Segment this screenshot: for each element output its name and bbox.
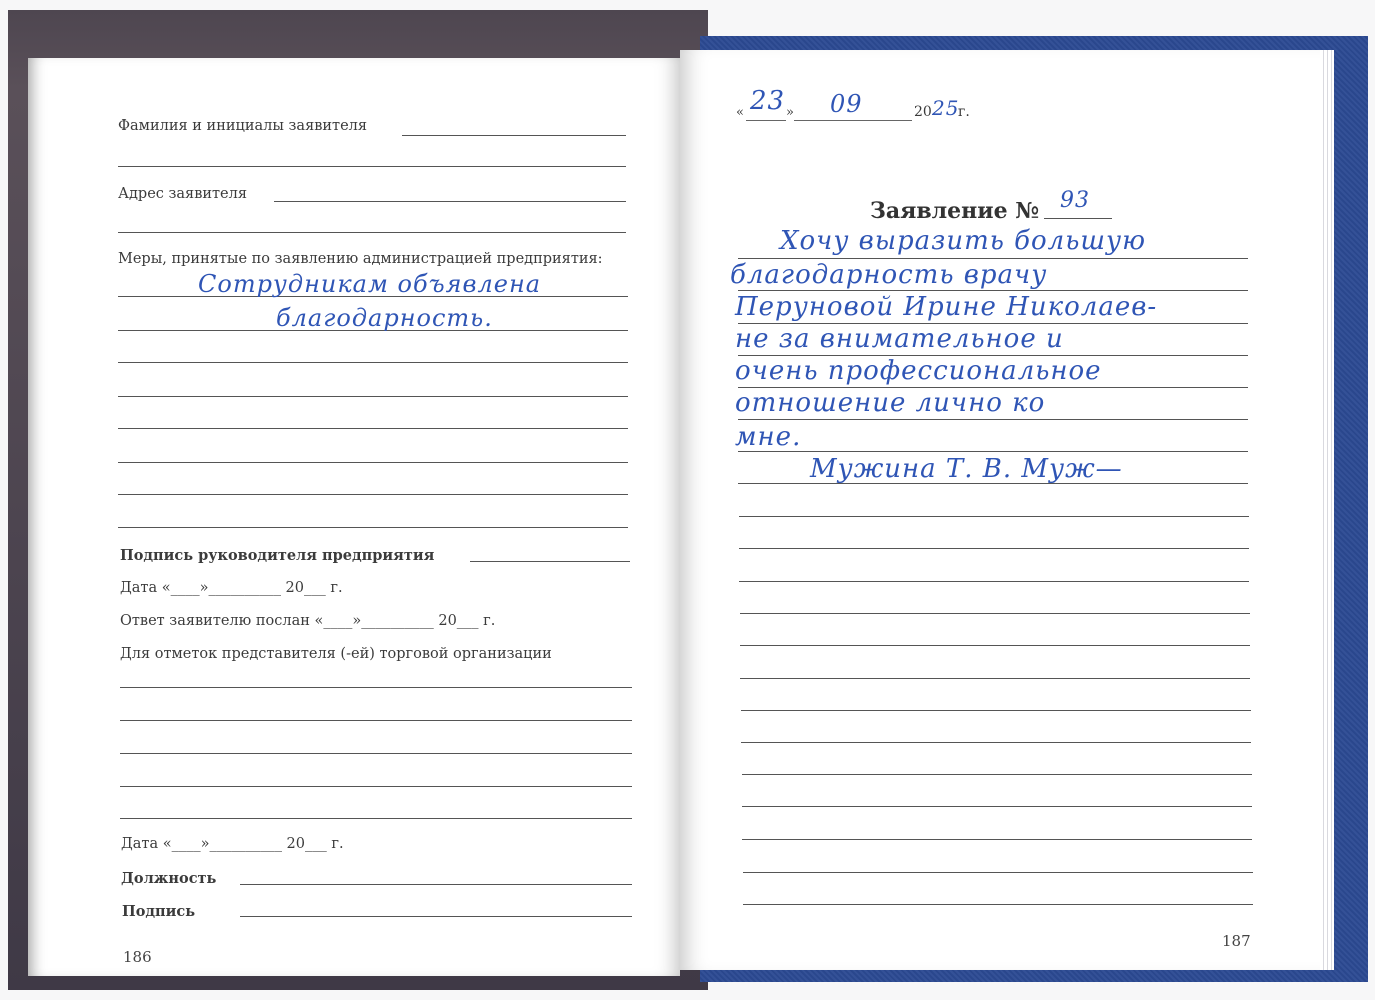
handwritten-line: Перуновой Ирине Николаев- (735, 292, 1157, 322)
page-edges (1320, 50, 1334, 970)
trade-org-notes-label: Для отметок представителя (-ей) торговой… (120, 646, 552, 662)
handwritten-line: не за внимательное и (735, 324, 1064, 354)
handwritten-line: благодарность врачу (730, 260, 1047, 290)
date-month: 09 (830, 90, 863, 118)
handwritten-line: мне. (735, 422, 801, 452)
date-year-suffix: 25 (932, 96, 959, 120)
applicant-address-field[interactable] (274, 201, 626, 202)
page-number: 186 (123, 948, 152, 966)
applicant-address-label: Адрес заявителя (118, 186, 247, 202)
applicant-name-field[interactable] (402, 135, 626, 136)
signature-label: Подпись (122, 903, 195, 920)
date-line-1[interactable]: Дата «____»__________ 20___ г. (120, 580, 343, 596)
page-number: 187 (1222, 932, 1251, 950)
left-page: Фамилия и инициалы заявителя Адрес заяви… (28, 58, 680, 976)
handwritten-line: отношение лично ко (735, 388, 1045, 418)
applicant-address-field-line-2[interactable] (118, 232, 626, 233)
reply-sent-line[interactable]: Ответ заявителю послан «____»__________ … (120, 613, 495, 629)
year-prefix: 20 (914, 104, 932, 120)
signature-handwritten: Мужина Т. В. Муж— (810, 454, 1123, 484)
signature-field[interactable] (240, 916, 632, 917)
manager-signature-field[interactable] (470, 561, 630, 562)
applicant-name-field-line-2[interactable] (118, 166, 626, 167)
handwritten-line: очень профессиональное (735, 356, 1102, 386)
open-quote: « (736, 105, 744, 120)
application-number-field[interactable] (1044, 218, 1112, 219)
position-label: Должность (121, 870, 216, 887)
manager-signature-label: Подпись руководителя предприятия (120, 547, 434, 564)
handwritten-line: Хочу выразить большую (780, 226, 1146, 256)
measures-label: Меры, принятые по заявлению администраци… (118, 251, 603, 267)
close-quote: » (786, 105, 794, 120)
application-title: Заявление № (870, 198, 1039, 224)
date-day: 23 (750, 86, 785, 116)
year-unit: г. (958, 104, 970, 120)
date-line-2[interactable]: Дата «____»__________ 20___ г. (121, 836, 344, 852)
measures-handwritten-line: Сотрудникам объявлена (198, 270, 541, 298)
applicant-name-label: Фамилия и инициалы заявителя (118, 118, 367, 134)
position-field[interactable] (240, 884, 632, 885)
measures-handwritten-line: благодарность. (276, 304, 493, 332)
right-page: « 23 » 09 20 25 г. Заявление № 93 Хочу в (680, 50, 1320, 970)
application-number: 93 (1060, 188, 1090, 213)
